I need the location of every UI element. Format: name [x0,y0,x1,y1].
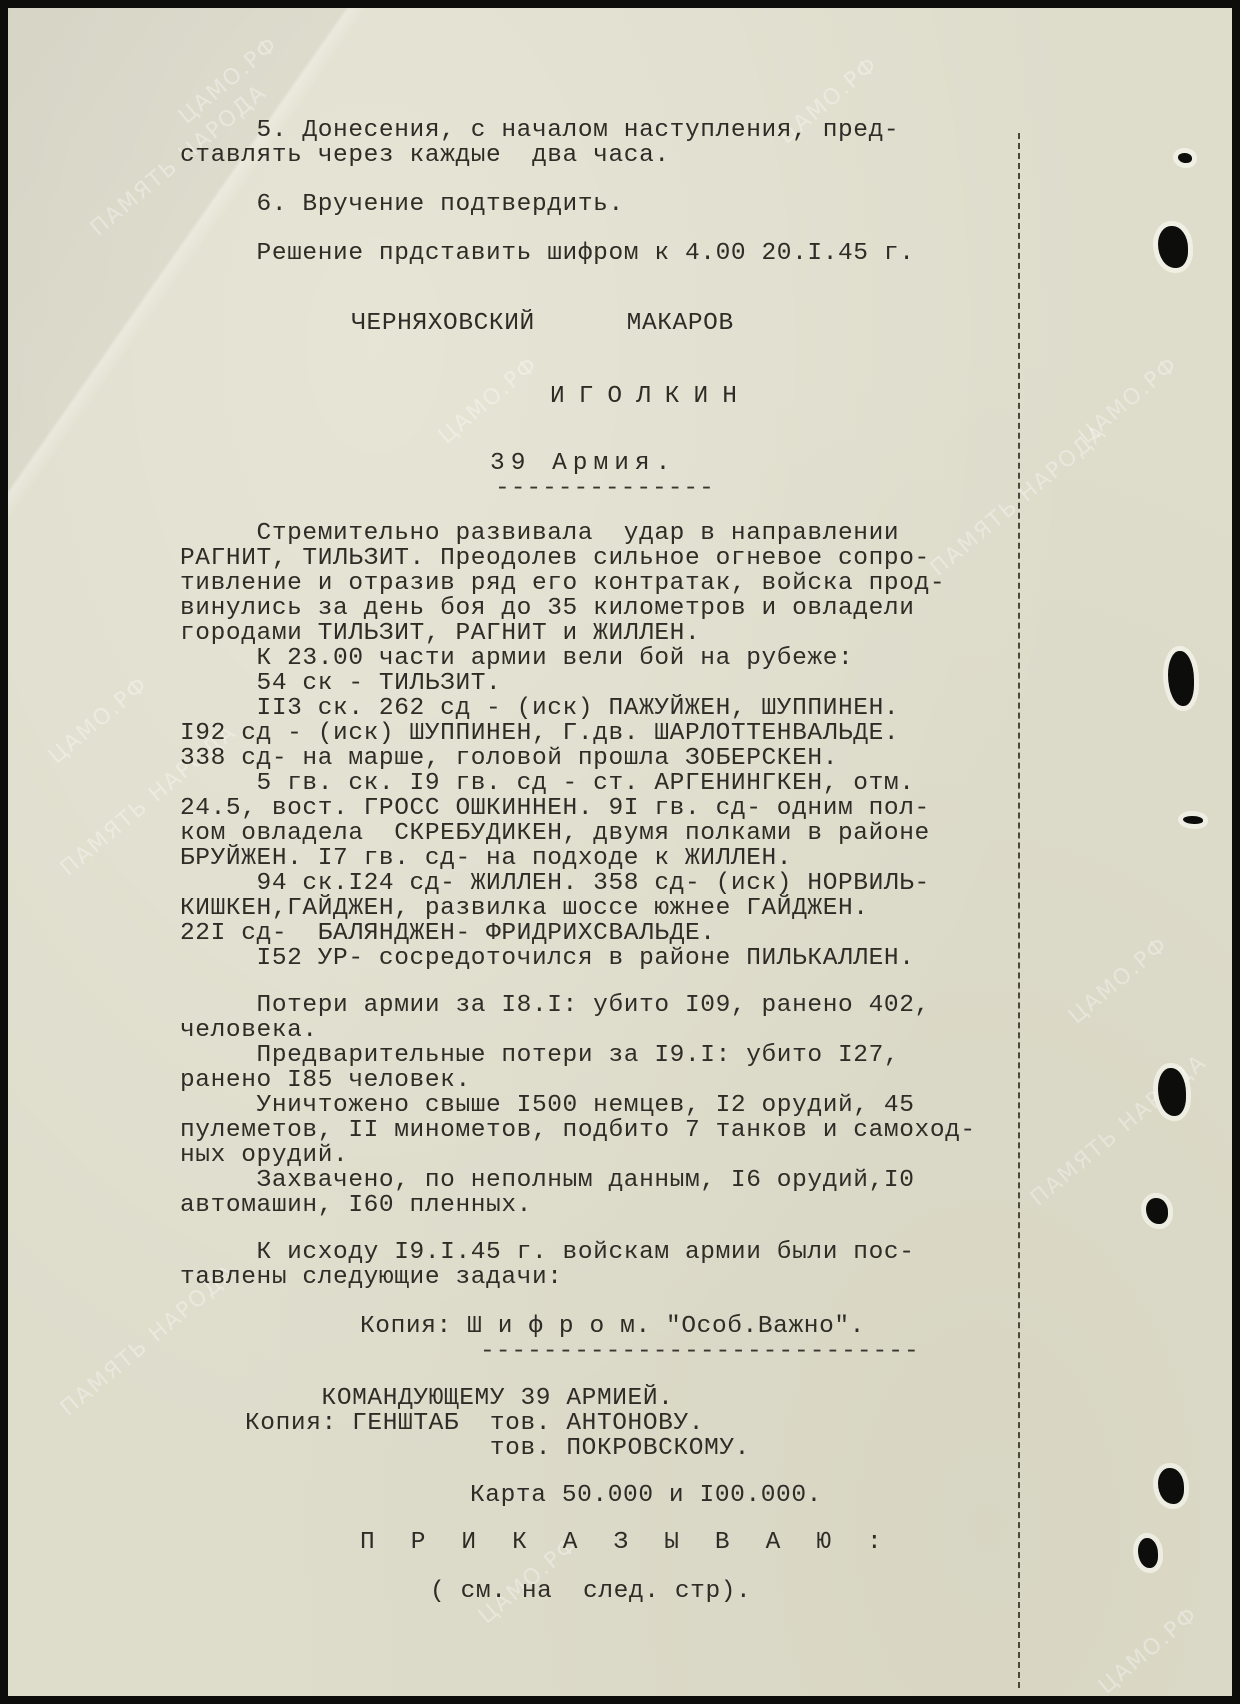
binding-hole [1158,226,1188,268]
losses-paragraph: Потери армии за I8.I: убито I09, ранено … [180,993,1020,1218]
watermark: ЦАМО.РФ [1094,1602,1203,1699]
watermark: ПАМЯТЬ НАРОДА [1026,1050,1212,1212]
binding-hole [1158,1468,1184,1504]
binding-hole [1178,153,1192,163]
binding-hole [1146,1198,1168,1224]
signature-igolkin: ИГОЛКИН [180,384,1020,409]
continued-note: ( см. на след. стр). [180,1579,1020,1604]
binding-hole [1168,651,1194,706]
watermark: ЦАМО.РФ [1064,932,1173,1029]
decision-line: Решение прдставить шифром к 4.00 20.I.45… [180,241,1020,266]
report-paragraph: Стремительно развивала удар в направлени… [180,521,1020,971]
binding-hole [1138,1538,1158,1568]
addressees-block: КОМАНДУЮЩЕМУ 39 АРМИЕЙ. Копия: ГЕНШТАБ т… [180,1386,1020,1461]
binding-hole [1183,816,1203,824]
signatures-line: ЧЕРНЯХОВСКИЙ МАКАРОВ [180,311,1020,336]
copy-cipher-line: Копия: Ш и ф р о м. "Особ.Важно". [180,1314,1020,1339]
tasks-paragraph: К исходу I9.I.45 г. войскам армии были п… [180,1240,1020,1290]
copy-underline: ---------------------------- [180,1339,1020,1364]
order-heading: ПРИКАЗЫВАЮ: [180,1530,1020,1555]
watermark: ЦАМО.РФ [1074,352,1183,449]
map-line: Карта 50.000 и I00.000. [180,1483,1020,1508]
watermark: ЦАМО.РФ [44,672,153,769]
binding-hole [1158,1068,1186,1116]
section-underline: -------------- [180,476,1020,501]
typewritten-body: 5. Донесения, с началом наступления, пре… [180,118,1020,1604]
item-6: 6. Вручение подтвердить. [180,192,1020,217]
section-title: 39 Армия. [180,451,1020,476]
item-5-line-1: 5. Донесения, с началом наступления, пре… [180,118,1020,143]
document-page: ПАМЯТЬ НАРОДА ЦАМО.РФ ЦАМО.РФ ЦАМО.РФ ЦА… [8,8,1232,1696]
watermark: ЦАМО.РФ [174,32,283,129]
item-5-line-2: ставлять через каждые два часа. [180,143,1020,168]
